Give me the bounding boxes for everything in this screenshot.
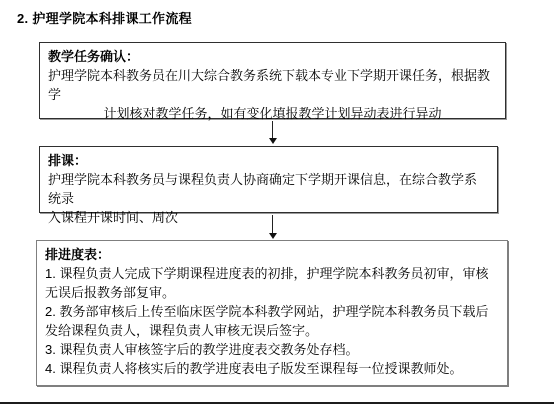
arrow-down-icon bbox=[268, 215, 277, 239]
flow-step-progress-table: 排进度表： 1. 课程负责人完成下学期课程进度表的初排，护理学院本科教务员初审，… bbox=[36, 240, 508, 386]
document-page: 2. 护理学院本科排课工作流程 教学任务确认： 护理学院本科教务员在川大综合教务… bbox=[0, 0, 554, 410]
footnote-separator bbox=[0, 402, 554, 404]
step-list-item: 1. 课程负责人完成下学期课程进度表的初排，护理学院本科教务员初审，审核无误后报… bbox=[45, 264, 499, 302]
step-heading: 教学任务确认： bbox=[48, 47, 497, 66]
flow-step-task-confirmation: 教学任务确认： 护理学院本科教务员在川大综合教务系统下载本专业下学期开课任务，根… bbox=[39, 42, 506, 119]
step-list-item: 3. 课程负责人审核签字后的教学进度表交教务处存档。 bbox=[45, 340, 499, 359]
step-list-item: 2. 教务部审核后上传至临床医学院本科教学网站，护理学院本科教务员下载后发给课程… bbox=[45, 302, 499, 340]
step-list-item: 4. 课程负责人将核实后的教学进度表电子版发至课程每一位授课教师处。 bbox=[45, 359, 499, 378]
flow-step-scheduling: 排课： 护理学院本科教务员与课程负责人协商确定下学期开课信息，在综合教学系统录 … bbox=[39, 146, 498, 213]
step-body-line: 护理学院本科教务员在川大综合教务系统下载本专业下学期开课任务，根据教学 bbox=[48, 66, 497, 104]
step-heading: 排进度表： bbox=[45, 245, 499, 264]
arrow-shaft bbox=[272, 215, 273, 233]
page-title: 2. 护理学院本科排课工作流程 bbox=[17, 8, 192, 27]
arrow-head bbox=[269, 233, 277, 239]
arrow-head bbox=[269, 138, 277, 144]
step-heading: 排课： bbox=[48, 151, 489, 170]
step-body-line: 护理学院本科教务员与课程负责人协商确定下学期开课信息，在综合教学系统录 bbox=[48, 170, 489, 208]
arrow-down-icon bbox=[268, 121, 277, 144]
arrow-shaft bbox=[272, 121, 273, 138]
